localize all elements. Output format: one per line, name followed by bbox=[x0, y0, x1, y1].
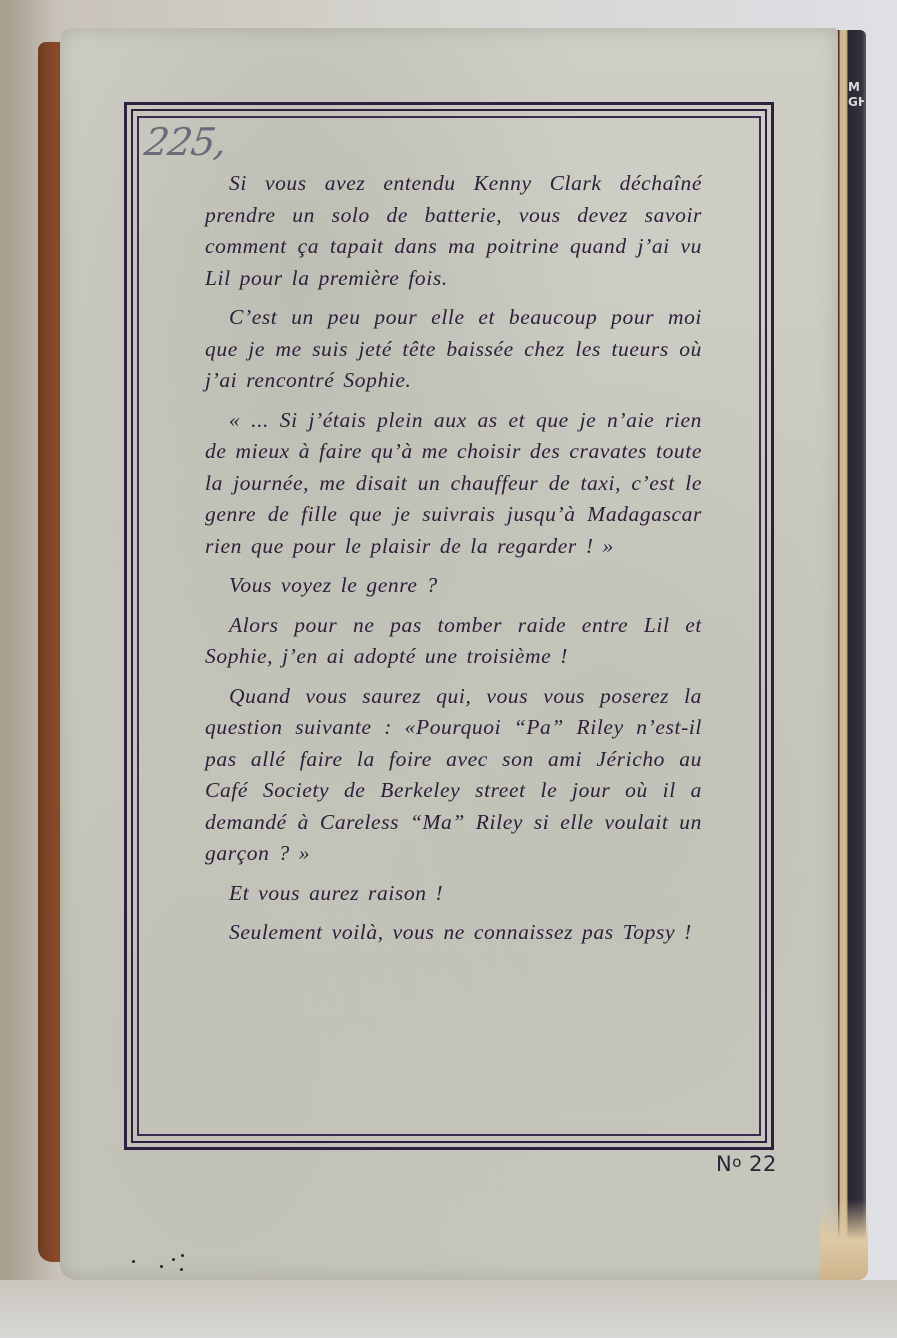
number-superscript: o bbox=[732, 1153, 742, 1171]
blurb-paragraph-2: C’est un peu pour elle et beaucoup pour … bbox=[205, 302, 702, 397]
spine-title-fragment: M GH bbox=[848, 80, 864, 110]
number-prefix: N bbox=[716, 1152, 732, 1176]
blurb-paragraph-8: Seulement voilà, vous ne connaissez pas … bbox=[205, 917, 702, 949]
blurb-paragraph-5: Alors pour ne pas tomber raide entre Lil… bbox=[205, 610, 702, 673]
blurb-paragraph-6: Quand vous saurez qui, vous vous poserez… bbox=[205, 681, 702, 870]
ink-speck bbox=[180, 1268, 183, 1271]
blurb-paragraph-4: Vous voyez le genre ? bbox=[205, 570, 702, 602]
blurb-text: Si vous avez entendu Kenny Clark déchaîn… bbox=[205, 168, 702, 957]
number-value: 22 bbox=[742, 1152, 777, 1176]
table-surface bbox=[0, 1280, 897, 1338]
series-number: No 22 bbox=[716, 1152, 777, 1176]
ink-speck bbox=[132, 1260, 135, 1263]
blurb-paragraph-3: « ... Si j’étais plein aux as et que je … bbox=[205, 405, 702, 563]
ink-speck bbox=[172, 1258, 175, 1261]
worn-corner bbox=[820, 1200, 868, 1280]
blurb-paragraph-1: Si vous avez entendu Kenny Clark déchaîn… bbox=[205, 168, 702, 294]
ink-speck bbox=[160, 1265, 163, 1268]
blurb-paragraph-7: Et vous aurez raison ! bbox=[205, 878, 702, 910]
ink-speck bbox=[181, 1254, 184, 1257]
book-spine bbox=[836, 30, 866, 1270]
handwritten-pencil-note: 225, bbox=[142, 120, 229, 164]
